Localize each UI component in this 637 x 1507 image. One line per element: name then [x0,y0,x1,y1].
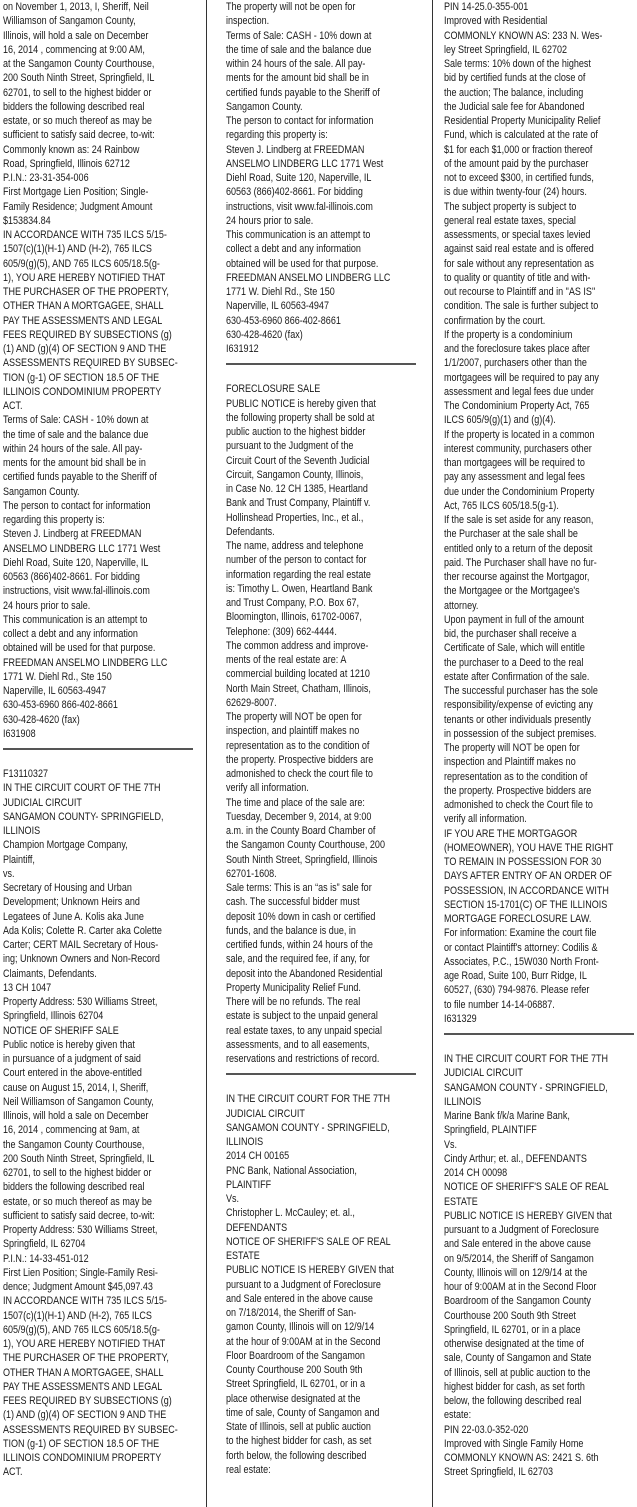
notice-text-line: collect a debt and any information [3,627,164,641]
notice-text-line: Diehl Road, Suite 120, Naperville, IL [226,171,387,185]
notice-text-line: IN ACCORDANCE WITH 735 ILCS 5/15- [3,1294,164,1308]
notice-text-line: Bank and Trust Company, Plaintiff v. [226,496,387,510]
notice-text-line: $1 for each $1,000 or fraction thereof [444,143,602,157]
notice-text-line: to the highest bidder for cash, as set [226,1434,387,1448]
notice-text-line: 2014 CH 00098 [444,1166,602,1180]
notice-text-line: FORECLOSURE SALE [226,382,387,396]
notice-text-line: Christopher L. McCauley; et. al., [226,1206,387,1220]
notice-text-line: paid. The Purchaser shall have no fur- [444,556,602,570]
notice-text-line: First Mortgage Lien Position; Single- [3,185,164,199]
notice-text-line: Springfield, IL 62704 [3,1237,164,1251]
notice-text-line: collect a debt and any information [226,242,387,256]
notice-text-line: 1), YOU ARE HEREBY NOTIFIED THAT [3,1337,164,1351]
notice-text-line: ILCS 605/9(g)(1) and (g)(4). [444,413,602,427]
notice-text-line: Street Springfield, IL 62701, or in a [226,1377,387,1391]
notice-text-line: 16, 2014 , commencing at 9am, at [3,1123,164,1137]
notice-text-line: in pursuance of a judgment of said [3,1052,164,1066]
notice-text-line: cause on August 15, 2014, I, Sheriff, [3,1081,164,1095]
notice-text-line: DEFENDANTS [226,1221,387,1235]
notice-text-line: Springfield, Illinois 62704 [3,1009,164,1023]
notice-text-line: THE PURCHASER OF THE PROPERTY, [3,285,164,299]
notice-text-line: general real estate taxes, special [444,214,602,228]
notice-text-line: IN THE CIRCUIT COURT FOR THE 7TH [444,1052,602,1066]
notice-text-line: at the Sangamon County Courthouse, [3,57,164,71]
notice-text-line: in possession of the subject premises. [444,727,602,741]
notice-text-line: estate: [444,1408,602,1422]
notice-text-line: F13110327 [3,767,164,781]
notice-separator-rule [3,748,193,750]
notice-text-line: SANGAMON COUNTY - SPRINGFIELD, [226,1121,387,1135]
notice-text-line: Associates, P.C., 15W030 North Front- [444,955,602,969]
notice-text-line: instructions, visit www.fal-illinois.com [3,584,164,598]
notice-text-line: in Case No. 12 CH 1385, Heartland [226,482,387,496]
notice-text-line: 1771 W. Diehl Rd., Ste 150 [226,285,387,299]
notice-text-line: POSSESSION, IN ACCORDANCE WITH [444,884,602,898]
notice-text-line: For information: Examine the court file [444,926,602,940]
notice-text-line: ESTATE [444,1195,602,1209]
notice-text-line: FREEDMAN ANSELMO LINDBERG LLC [3,656,164,670]
notice-text-line: FEES REQUIRED BY SUBSECTIONS (g) [3,328,164,342]
notice-text-line: 200 South Ninth Street, Springfield, IL [3,71,164,85]
notice-text-line: PIN 22-03.0-352-020 [444,1423,602,1437]
column-divider [432,0,433,1507]
notice-text-line: the Sangamon County Courthouse, 200 [226,838,387,852]
notice-text-line: than mortgagees will be required to [444,456,602,470]
notice-text-line: condition. The sale is further subject t… [444,299,602,313]
notice-text-line: ESTATE [226,1249,387,1263]
notice-text-line: FEES REQUIRED BY SUBSECTIONS (g) [3,1394,164,1408]
notice-text-line: P.I.N.: 14-33-451-012 [3,1252,164,1266]
notice-text-line: pay any assessment and legal fees [444,470,602,484]
notice-text-line: ments of the real estate are: A [226,653,387,667]
notice-text-line: sufficient to satisfy said decree, to-wi… [3,128,164,142]
column-1: on November 1, 2013, I, Sheriff, NeilWil… [3,0,199,1507]
notice-text-line: The name, address and telephone [226,539,387,553]
notice-text-line: Ada Kolis; Colette R. Carter aka Colette [3,924,164,938]
notice-text-line: 62701-1608. [226,867,387,881]
column-3: PIN 14-25.0-355-001Improved with Residen… [444,0,637,1507]
legal-notice: F13110327IN THE CIRCUIT COURT OF THE 7TH… [3,767,199,1480]
notice-text-line: ASSESSMENTS REQUIRED BY SUBSEC- [3,1423,164,1437]
notice-text-line: is: Timothy L. Owen, Heartland Bank [226,582,387,596]
notice-text-line: out recourse to Plaintiff and in "AS IS" [444,285,602,299]
legal-notice: The property will not be open forinspect… [226,0,422,356]
notice-text-line: ing; Unknown Owners and Non-Record [3,952,164,966]
notice-separator-rule [444,1033,634,1035]
notice-text-line: ACT. [3,1465,164,1479]
notice-text-line: FREEDMAN ANSELMO LINDBERG LLC [226,271,387,285]
notice-text-line: Telephone: (309) 662-4444. [226,625,387,639]
notice-text-line: Property Municipality Relief Fund. [226,981,387,995]
notice-text-line: Certificate of Sale, which will entitle [444,641,602,655]
notice-text-line: Carter; CERT MAIL Secretary of Hous- [3,938,164,952]
notice-text-line: 60563 (866)402-8661. For bidding [3,570,164,584]
notice-text-line: NOTICE OF SHERIFF'S SALE OF REAL [226,1235,387,1249]
notice-text-line: assessments, or special taxes levied [444,228,602,242]
notice-text-line: Improved with Single Family Home [444,1437,602,1451]
notice-text-line: The person to contact for information [226,114,387,128]
notice-text-line: IN ACCORDANCE WITH 735 ILCS 5/15- [3,228,164,242]
notice-text-line: OTHER THAN A MORTGAGEE, SHALL [3,299,164,313]
notice-text-line: to quality or quantity of title and with… [444,271,602,285]
notice-text-line: Development; Unknown Heirs and [3,895,164,909]
notice-text-line: inspection and Plaintiff makes no [444,755,602,769]
notice-text-line: The property will NOT be open for [444,741,602,755]
notice-text-line: of the amount paid by the purchaser [444,157,602,171]
notice-text-line: public auction to the highest bidder [226,425,387,439]
notice-text-line: Plaintiff, [3,853,164,867]
notice-text-line: Diehl Road, Suite 120, Naperville, IL [3,556,164,570]
notice-text-line: I631329 [444,1012,602,1026]
notice-text-line: 605/9(g)(5), AND 765 ILCS 605/18.5(g- [3,1323,164,1337]
notice-text-line: information regarding the real estate [226,568,387,582]
notice-text-line: IN THE CIRCUIT COURT FOR THE 7TH [226,1092,387,1106]
notice-text-line: ILLINOIS [444,1095,602,1109]
notice-text-line: ments for the amount bid shall be in [3,456,164,470]
notice-text-line: commercial building located at 1210 [226,667,387,681]
notice-text-line: South Ninth Street, Springfield, Illinoi… [226,853,387,867]
notice-text-line: deposit 10% down in cash or certified [226,910,387,924]
notice-text-line: funds, and the balance is due, in [226,924,387,938]
notice-text-line: on November 1, 2013, I, Sheriff, Neil [3,0,164,14]
notice-text-line: the time of sale and the balance due [226,43,387,57]
notice-text-line: DAYS AFTER ENTRY OF AN ORDER OF [444,869,602,883]
notice-text-line: (1) AND (g)(4) OF SECTION 9 AND THE [3,342,164,356]
notice-text-line: The time and place of the sale are: [226,796,387,810]
notice-text-line: inspection, and plaintiff makes no [226,724,387,738]
notice-text-line: 1/1/2007, purchasers other than the [444,356,602,370]
notice-text-line: assessments, and to all easements, [226,1038,387,1052]
notice-text-line: If the sale is set aside for any reason, [444,513,602,527]
notice-text-line: Claimants, Defendants. [3,967,164,981]
legal-notice: IN THE CIRCUIT COURT FOR THE 7THJUDICIAL… [444,1052,637,1480]
notice-text-line: The subject property is subject to [444,200,602,214]
notice-text-line: the auction; The balance, including [444,86,602,100]
notice-text-line: 2014 CH 00165 [226,1149,387,1163]
notice-text-line: 630-453-6960 866-402-8661 [226,314,387,328]
notice-text-line: bidders the following described real [3,100,164,114]
legal-notice: PIN 14-25.0-355-001Improved with Residen… [444,0,637,1026]
notice-text-line: PAY THE ASSESSMENTS AND LEGAL [3,314,164,328]
notice-text-line: I631912 [226,342,387,356]
notice-text-line: Williamson of Sangamon County, [3,14,164,28]
notice-text-line: Sangamon County. [3,485,164,499]
notice-text-line: 1), YOU ARE HEREBY NOTIFIED THAT [3,271,164,285]
notice-text-line: Floor Boardroom of the Sangamon [226,1349,387,1363]
notice-text-line: estate, or so much thereof as may be [3,114,164,128]
notice-text-line: $153834.84 [3,214,164,228]
notice-text-line: interest community, purchasers other [444,442,602,456]
notice-text-line: highest bidder for cash, as set forth [444,1380,602,1394]
notice-text-line: Springfield, IL 62701, or in a place [444,1323,602,1337]
notice-text-line: Property Address: 530 Williams Street, [3,995,164,1009]
notice-text-line: age Road, Suite 100, Burr Ridge, IL [444,969,602,983]
notice-separator-rule [226,363,416,365]
notice-text-line: estate after Confirmation of the sale. [444,670,602,684]
notice-text-line: of Illinois, sell at public auction to t… [444,1366,602,1380]
notice-text-line: Improved with Residential [444,14,602,28]
notice-text-line: Commonly known as: 24 Rainbow [3,143,164,157]
notice-text-line: 630-428-4620 (fax) [226,328,387,342]
notice-text-line: the following property shall be sold at [226,411,387,425]
notice-text-line: Vs. [444,1138,602,1152]
notice-text-line: assessment and legal fees due under [444,385,602,399]
notice-text-line: Sale terms: 10% down of the highest [444,57,602,71]
notice-text-line: 16, 2014 , commencing at 9:00 AM, [3,43,164,57]
notice-text-line: or contact Plaintiff's attorney: Codilis… [444,941,602,955]
notice-text-line: Neil Williamson of Sangamon County, [3,1095,164,1109]
notice-text-line: The Condominium Property Act, 765 [444,399,602,413]
notice-text-line: If the property is a condominium [444,328,602,342]
notice-text-line: tenants or other individuals presently [444,713,602,727]
notice-separator-rule [226,1073,416,1075]
notice-text-line: JUDICIAL CIRCUIT [444,1066,602,1080]
notice-text-line: Terms of Sale: CASH - 10% down at [3,413,164,427]
notice-text-line: PUBLIC NOTICE IS HEREBY GIVEN that [226,1263,387,1277]
notice-text-line: verify all information. [444,812,602,826]
notice-text-line: 24 hours prior to sale. [3,599,164,613]
notice-text-line: estate, or so much thereof as may be [3,1195,164,1209]
notice-text-line: SANGAMON COUNTY- SPRINGFIELD, [3,810,164,824]
notice-text-line: Steven J. Lindberg at FREEDMAN [226,143,387,157]
notice-text-line: 24 hours prior to sale. [226,214,387,228]
notice-text-line: the Judicial sale fee for Abandoned [444,100,602,114]
notice-text-line: Terms of Sale: CASH - 10% down at [226,29,387,43]
notice-text-line: COMMONLY KNOWN AS: 2421 S. 6th [444,1451,602,1465]
notice-text-line: Illinois, will hold a sale on December [3,1109,164,1123]
notice-text-line: pursuant to a Judgment of Foreclosure [444,1223,602,1237]
notice-text-line: THE PURCHASER OF THE PROPERTY, [3,1351,164,1365]
notice-text-line: sale, County of Sangamon and State [444,1351,602,1365]
notice-text-line: Springfield, PLAINTIFF [444,1123,602,1137]
notice-text-line: Upon payment in full of the amount [444,613,602,627]
notice-text-line: due under the Condominium Property [444,485,602,499]
notice-text-line: within 24 hours of the sale. All pay- [3,442,164,456]
notice-text-line: sale, and the required fee, if any, for [226,952,387,966]
notice-text-line: Naperville, IL 60563-4947 [226,299,387,313]
notice-text-line: Sale terms: This is an “as is” sale for [226,881,387,895]
notice-text-line: 60527, (630) 794-9876. Please refer [444,983,602,997]
notice-text-line: Courthouse 200 South 9th Street [444,1309,602,1323]
notice-text-line: the Mortgagee or the Mortgagee's [444,584,602,598]
notice-text-line: attorney. [444,599,602,613]
notice-text-line: OTHER THAN A MORTGAGEE, SHALL [3,1366,164,1380]
notice-text-line: bid by certified funds at the close of [444,71,602,85]
notice-text-line: Illinois, will hold a sale on December [3,29,164,43]
notice-text-line: P.I.N.: 23-31-354-006 [3,171,164,185]
notice-text-line: Sangamon County. [226,100,387,114]
notice-text-line: 62701, to sell to the highest bidder or [3,86,164,100]
notice-text-line: State of Illinois, sell at public auctio… [226,1420,387,1434]
notice-text-line: verify all information. [226,781,387,795]
notice-text-line: County, Illinois will on 12/9/14 at the [444,1266,602,1280]
notice-text-line: North Main Street, Chatham, Illinois, [226,682,387,696]
notice-text-line: (HOMEOWNER), YOU HAVE THE RIGHT [444,841,602,855]
notice-text-line: The common address and improve- [226,639,387,653]
notice-text-line: for sale without any representation as [444,257,602,271]
notice-text-line: instructions, visit www.fal-illinois.com [226,200,387,214]
notice-text-line: ILLINOIS [3,824,164,838]
notice-text-line: bid, the purchaser shall receive a [444,627,602,641]
notice-text-line: not to exceed $300, in certified funds, [444,171,602,185]
notice-text-line: (1) AND (g)(4) OF SECTION 9 AND THE [3,1408,164,1422]
notice-text-line: the Sangamon County Courthouse, [3,1138,164,1152]
notice-text-line: Marine Bank f/k/a Marine Bank, [444,1109,602,1123]
notice-text-line: inspection. [226,14,387,28]
notice-text-line: cash. The successful bidder must [226,895,387,909]
notice-text-line: vs. [3,867,164,881]
notice-text-line: below, the following described real [444,1394,602,1408]
notice-text-line: 605/9(g)(5), AND 765 ILCS 605/18.5(g- [3,257,164,271]
notice-text-line: ments for the amount bid shall be in [226,71,387,85]
notice-text-line: Property Address: 530 Williams Street, [3,1223,164,1237]
notice-text-line: on 7/18/2014, the Sheriff of San- [226,1306,387,1320]
notice-text-line: NOTICE OF SHERIFF'S SALE OF REAL [444,1180,602,1194]
notice-text-line: regarding this property is: [226,128,387,142]
notice-text-line: The person to contact for information [3,499,164,513]
notice-text-line: TION (g-1) OF SECTION 18.5 OF THE [3,371,164,385]
notice-text-line: 1771 W. Diehl Rd., Ste 150 [3,670,164,684]
notice-text-line: Legatees of June A. Kolis aka June [3,910,164,924]
notice-text-line: confirmation by the court. [444,314,602,328]
notice-text-line: Road, Springfield, Illinois 62712 [3,157,164,171]
notice-text-line: 60563 (866)402-8661. For bidding [226,185,387,199]
notice-text-line: Defendants. [226,525,387,539]
notice-text-line: 13 CH 1047 [3,981,164,995]
legal-notice: IN THE CIRCUIT COURT FOR THE 7THJUDICIAL… [226,1092,422,1477]
notice-text-line: MORTGAGE FORECLOSURE LAW. [444,912,602,926]
notice-text-line: within 24 hours of the sale. All pay- [226,57,387,71]
notice-text-line: ILLINOIS [226,1135,387,1149]
legal-notice: on November 1, 2013, I, Sheriff, NeilWil… [3,0,199,741]
notice-text-line: Residential Property Municipality Relief [444,114,602,128]
notice-text-line: and the foreclosure takes place after [444,342,602,356]
notice-text-line: Secretary of Housing and Urban [3,881,164,895]
notice-text-line: obtained will be used for that purpose. [226,257,387,271]
notice-text-line: Champion Mortgage Company, [3,838,164,852]
notice-text-line: responsibility/expense of evicting any [444,698,602,712]
notice-text-line: 630-428-4620 (fax) [3,713,164,727]
notice-text-line: PLAINTIFF [226,1178,387,1192]
legal-notice: FORECLOSURE SALEPUBLIC NOTICE is hereby … [226,382,422,1066]
notice-text-line: 62701, to sell to the highest bidder or [3,1166,164,1180]
notice-text-line: Steven J. Lindberg at FREEDMAN [3,527,164,541]
notice-text-line: the property. Prospective bidders are [444,784,602,798]
notice-text-line: ther recourse against the Mortgagor, [444,570,602,584]
notice-text-line: ILLINOIS CONDOMINIUM PROPERTY [3,385,164,399]
notice-text-line: NOTICE OF SHERIFF SALE [3,1024,164,1038]
notice-text-line: 200 South Ninth Street, Springfield, IL [3,1152,164,1166]
notice-text-line: a.m. in the County Board Chamber of [226,824,387,838]
notice-text-line: and Sale entered in the above cause [226,1292,387,1306]
notice-text-line: Family Residence; Judgment Amount [3,200,164,214]
notice-text-line: Bloomington, Illinois, 61702-0067, [226,610,387,624]
notice-text-line: First Lien Position; Single-Family Resi- [3,1266,164,1280]
notice-text-line: ACT. [3,399,164,413]
column-divider [206,0,207,1507]
notice-text-line: at the hour of 9:00AM at in the Second [226,1335,387,1349]
notice-text-line: entitled only to a return of the deposit [444,542,602,556]
column-2: The property will not be open forinspect… [226,0,422,1507]
notice-text-line: estate is subject to the unpaid general [226,1009,387,1023]
notice-text-line: Fund, which is calculated at the rate of [444,128,602,142]
notice-text-line: representation as to the condition of [226,739,387,753]
notice-text-line: Circuit Court of the Seventh Judicial [226,454,387,468]
notice-text-line: Boardroom of the Sangamon County [444,1294,602,1308]
notice-text-line: reservations and restrictions of record. [226,1052,387,1066]
notice-text-line: and Trust Company, P.O. Box 67, [226,596,387,610]
notice-text-line: mortgagees will be required to pay any [444,371,602,385]
notice-text-line: Circuit, Sangamon County, Illinois, [226,468,387,482]
notice-text-line: PUBLIC NOTICE IS HEREBY GIVEN that [444,1209,602,1223]
notice-text-line: PIN 14-25.0-355-001 [444,0,602,14]
notice-text-line: Court entered in the above-entitled [3,1066,164,1080]
notice-text-line: SECTION 15-1701(C) OF THE ILLINOIS [444,898,602,912]
notice-text-line: gamon County, Illinois will on 12/9/14 [226,1320,387,1334]
notice-text-line: forth below, the following described [226,1449,387,1463]
notice-text-line: PAY THE ASSESSMENTS AND LEGAL [3,1380,164,1394]
notice-text-line: certified funds payable to the Sheriff o… [3,470,164,484]
notice-text-line: The successful purchaser has the sole [444,684,602,698]
notice-text-line: regarding this property is: [3,513,164,527]
notice-text-line: JUDICIAL CIRCUIT [3,796,164,810]
notice-text-line: Street Springfield, IL 62703 [444,1465,602,1479]
notice-text-line: real estate: [226,1463,387,1477]
notice-text-line: The property will NOT be open for [226,710,387,724]
notice-text-line: the purchaser to a Deed to the real [444,656,602,670]
notice-text-line: ANSELMO LINDBERG LLC 1771 West [3,542,164,556]
notice-text-line: Public notice is hereby given that [3,1038,164,1052]
notice-text-line: place otherwise designated at the [226,1392,387,1406]
notice-text-line: 62629-8007. [226,696,387,710]
notice-text-line: Act, 765 ILCS 605/18.5(g-1). [444,499,602,513]
notice-text-line: and Sale entered in the above cause [444,1237,602,1251]
notice-text-line: ILLINOIS CONDOMINIUM PROPERTY [3,1451,164,1465]
notice-text-line: This communication is an attempt to [3,613,164,627]
notice-text-line: 630-453-6960 866-402-8661 [3,698,164,712]
notice-text-line: hour of 9:00AM at in the Second Floor [444,1280,602,1294]
notice-text-line: dence; Judgment Amount $45,097.43 [3,1280,164,1294]
notice-text-line: time of sale, County of Sangamon and [226,1406,387,1420]
notice-text-line: COMMONLY KNOWN AS: 233 N. Wes- [444,29,602,43]
notice-text-line: I631908 [3,727,164,741]
notice-text-line: ANSELMO LINDBERG LLC 1771 West [226,157,387,171]
notice-text-line: the property. Prospective bidders are [226,753,387,767]
notice-text-line: otherwise designated at the time of [444,1337,602,1351]
notice-text-line: Tuesday, December 9, 2014, at 9:00 [226,810,387,824]
notice-text-line: TO REMAIN IN POSSESSION FOR 30 [444,855,602,869]
notice-text-line: obtained will be used for that purpose. [3,641,164,655]
notice-text-line: This communication is an attempt to [226,228,387,242]
notice-text-line: pursuant to the Judgment of the [226,439,387,453]
notice-text-line: deposit into the Abandoned Residential [226,967,387,981]
notice-text-line: admonished to check the court file to [226,767,387,781]
notice-text-line: bidders the following described real [3,1180,164,1194]
notice-text-line: Hollinshead Properties, Inc., et al., [226,511,387,525]
notice-text-line: 1507(c)(1)(H-1) AND (H-2), 765 ILCS [3,1309,164,1323]
notice-text-line: Cindy Arthur; et. al., DEFENDANTS [444,1152,602,1166]
notice-text-line: the time of sale and the balance due [3,428,164,442]
notice-text-line: real estate taxes, to any unpaid special [226,1024,387,1038]
notice-text-line: JUDICIAL CIRCUIT [226,1107,387,1121]
notice-text-line: TION (g-1) OF SECTION 18.5 OF THE [3,1437,164,1451]
notice-text-line: certified funds payable to the Sheriff o… [226,86,387,100]
notice-text-line: If the property is located in a common [444,428,602,442]
notice-text-line: SANGAMON COUNTY - SPRINGFIELD, [444,1081,602,1095]
notice-text-line: PUBLIC NOTICE is hereby given that [226,397,387,411]
notice-text-line: IN THE CIRCUIT COURT OF THE 7TH [3,781,164,795]
notice-text-line: Naperville, IL 60563-4947 [3,684,164,698]
